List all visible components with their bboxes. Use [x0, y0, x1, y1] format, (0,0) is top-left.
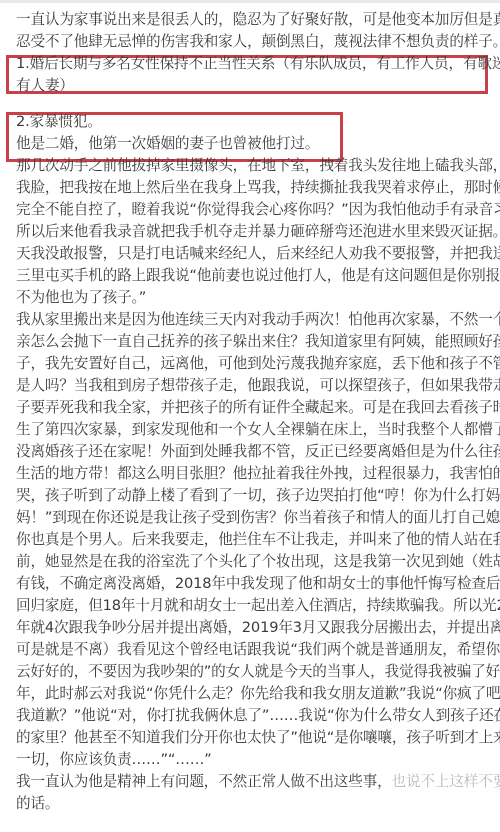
statement-document: 一直认为家事说出来是很丢人的，隐忍为了好聚好散，可是他变本加厉但是真的 忍受不了… — [16, 9, 492, 815]
closing-end: 的话。 — [16, 793, 492, 815]
body-line: 天我没敢报警，只是打电话喊来经纪人，后来经纪人劝我不要报警，并把我送去 — [16, 243, 492, 265]
body-line: 哭，孩子听到了动静上楼了看到了一切，孩子边哭拍打他“哼！你为什么打妈 — [16, 485, 492, 507]
body-line: 所以后来他看我录音就把我手机夺走并暴力砸碎掰弯还泡进水里来毁灭证据。当 — [16, 221, 492, 243]
body-line: 回归家庭，但18年十月就和胡女士一起出差入住酒店，持续欺骗我。所以光2019 — [16, 595, 492, 617]
top-border — [0, 0, 500, 3]
body-line: 那几次动手之前他拔掉家里摄像头，在地下室，拽着我头发往地上磕我头部，抽 — [16, 155, 492, 177]
body-line: 生活的地方带！都这么明目张胆？他拉扯着我往外拽，过程很暴力，我害怕的大 — [16, 463, 492, 485]
body-line: 生了第四次家暴，到家发现他和一个女人全裸躺在床上，当时我整个人都懵了， — [16, 419, 492, 441]
intro-line: 一直认为家事说出来是很丢人的，隐忍为了好聚好散，可是他变本加厉但是真的 — [16, 9, 492, 31]
body-text: 那几次动手之前他拔掉家里摄像头，在地下室，拽着我头发往地上磕我头部，抽 我脸，把… — [16, 155, 492, 771]
body-line: 三里屯买手机的路上跟我说“他前妻也说过他打人，他是有这问题但是你别报警， — [16, 265, 492, 287]
body-line: 我道歉？”他说“对，你打扰我俩休息了”……我说“你为什么带女人到孩子还在生活 — [16, 705, 492, 727]
body-line: 前，她显然是在我的浴室洗了个头化了个妆出现，这是我第一次见到她（姓胡， — [16, 551, 492, 573]
closing-line: 我一直认为他是精神上有问题，不然正常人做不出这些事，也说不上这样不要全 — [16, 771, 492, 793]
point2-heading: 2.家暴惯犯。 — [16, 111, 492, 133]
closing-faded-text: 也说不上这样不要全 — [392, 773, 500, 790]
closing-text: 我一直认为他是精神上有问题，不然正常人做不出这些事， — [16, 773, 392, 790]
body-line: 没离婚孩子还在家呢！外面到处睡我都不管，反正已经要离婚但是为什么往孩子 — [16, 441, 492, 463]
body-line: 年就4次跟我争吵分居并提出离婚，2019年3月又跟我分居搬出去，并提出离婚， — [16, 617, 492, 639]
intro-line: 忍受不了他肆无忌惮的伤害我和家人，颠倒黑白，蔑视法律不想负责的样子。 — [16, 31, 492, 53]
body-line: 完全不能自控了，瞪着我说“你觉得我会心疼你吗？”因为我怕他动手有录音习惯， — [16, 199, 492, 221]
point1-line: 有人妻） — [16, 75, 492, 97]
body-line: 是人吗？当我租到房子想带孩子走，他跟我说，可以探望孩子，但如果我带走孩 — [16, 375, 492, 397]
body-line: 妈！”到现在你还说是我让孩子受到伤害？你当着孩子和情人的面儿打自己媳妇， — [16, 507, 492, 529]
body-line: 年，此时郝云对我说“你凭什么走？你先给我和我女朋友道歉”我说“你疯了吧？让 — [16, 683, 492, 705]
body-line: 子要弄死我和我全家，并把孩子的所有证件全藏起来。可是在我回去看孩子时发 — [16, 397, 492, 419]
body-line: 你也真是个男人。后来我要走，他拦住车不让我走，并叫来了他的情人站在我面 — [16, 529, 492, 551]
body-line: 子，我先安置好自己，远离他，可他到处污蔑我抛弃家庭，丢下他和孩子不管。 — [16, 353, 492, 375]
body-line: 不为他也为了孩子。” — [16, 287, 492, 309]
body-line: 我脸，把我按在地上然后坐在我身上骂我，持续撕扯我我哭着求停止，那时候他 — [16, 177, 492, 199]
body-line: 云好好的，不要因为我吵架的”的女人就是今天的当事人，我觉得我被骗了好几 — [16, 661, 492, 683]
point1-line: 1.婚后长期与多名女性保持不正当性关系（有乐队成员，有工作人员，有歌迷， — [16, 53, 492, 75]
body-line: 我从家里搬出来是因为他连续三天内对我动手两次！怕他再次家暴，不然一个母 — [16, 309, 492, 331]
body-line: 可是就是不离）我看见这个曾经电话跟我说“我们两个就是普通朋友，希望你和郝 — [16, 639, 492, 661]
body-line: 亲怎么会抛下一直自己抚养的孩子躲出来住？我知道家里有阿姨，能照顾好孩 — [16, 331, 492, 353]
point2-line: 他是二婚，他第一次婚姻的妻子也曾被他打过。 — [16, 133, 492, 155]
body-line: 的家里？他甚至不知道我们分开你也太快了”他说“是你嚷嚷，孩子听到才上来看到 — [16, 727, 492, 749]
body-line: 有钱，不确定离没离婚，2018年中我发现了他和胡女士的事他忏悔写检查后表示 — [16, 573, 492, 595]
body-line: 一切，你应该负责……”“……” — [16, 749, 492, 771]
